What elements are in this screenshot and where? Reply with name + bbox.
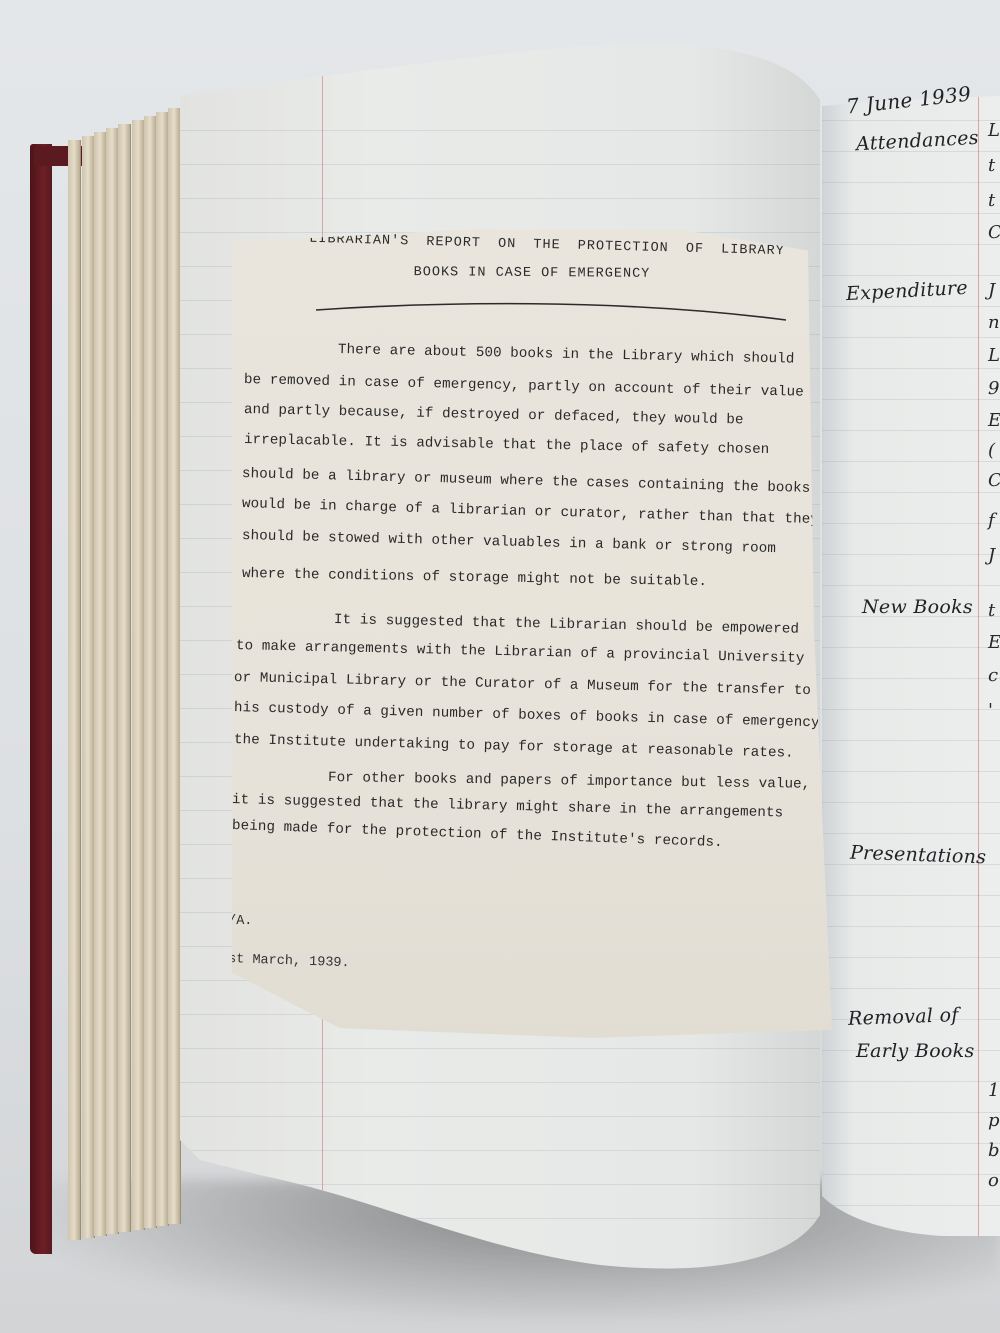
report-line: his custody of a given number of boxes o… [234, 700, 814, 731]
title-underline [316, 294, 786, 322]
edge-handwriting-fragment: C [988, 222, 1000, 243]
ruled-line [822, 1205, 1000, 1206]
ruled-line [180, 1082, 820, 1083]
page-leaf-edge [68, 140, 81, 1240]
edge-handwriting-fragment: 9 [988, 378, 999, 399]
ruled-line [822, 647, 1000, 648]
edge-handwriting-fragment: L [988, 120, 1000, 141]
photo-scene: 7 June 1939 Attendances Expenditure New … [0, 0, 1000, 1333]
margin-heading-removal-of: Removal of [848, 1004, 959, 1030]
ruled-line [822, 554, 1000, 555]
ruled-line [180, 198, 820, 199]
edge-handwriting-fragment: c [988, 665, 998, 686]
right-page [822, 96, 1000, 1236]
report-line: it is suggested that the library might s… [232, 792, 812, 822]
ruled-line [822, 802, 1000, 803]
ruled-line [180, 1116, 820, 1117]
ruled-line [822, 957, 1000, 958]
report-line: For other books and papers of importance… [328, 770, 908, 794]
ruled-line [822, 492, 1000, 493]
report-line: should be a library or museum where the … [242, 466, 822, 497]
edge-handwriting-fragment: n [988, 312, 1000, 333]
margin-line [978, 96, 979, 1236]
ruled-line [822, 833, 1000, 834]
report-title-line-2: BOOKS IN CASE OF EMERGENCY [232, 264, 832, 283]
ruled-line [822, 461, 1000, 462]
page-leaf-edge [168, 108, 181, 1224]
edge-handwriting-fragment: 1 [988, 1080, 999, 1101]
ruled-line [822, 368, 1000, 369]
edge-handwriting-fragment: ( [988, 440, 995, 461]
edge-handwriting-fragment: E [988, 632, 1000, 653]
edge-handwriting-fragment: p [988, 1110, 1000, 1131]
edge-handwriting-fragment: t [988, 155, 995, 176]
ruled-line [822, 244, 1000, 245]
report-line: be removed in case of emergency, partly … [244, 372, 824, 401]
ruled-line [822, 709, 1000, 710]
margin-heading-early-books: Early Books [856, 1040, 975, 1062]
report-line: and partly because, if destroyed or defa… [244, 402, 824, 430]
margin-heading-presentations: Presentations [850, 842, 987, 869]
ruled-line [822, 585, 1000, 586]
edge-handwriting-fragment: J [988, 545, 995, 566]
edge-handwriting-fragment: o [988, 1170, 999, 1191]
edge-handwriting-fragment: J [988, 280, 995, 301]
edge-handwriting-fragment: f [988, 510, 995, 531]
ruled-line [180, 164, 820, 165]
page-leaf-edge [118, 124, 131, 1232]
ruled-line [822, 926, 1000, 927]
report-line: would be in charge of a librarian or cur… [242, 496, 822, 528]
ruled-line [822, 988, 1000, 989]
ruled-line [822, 1112, 1000, 1113]
ruled-line [822, 337, 1000, 338]
edge-handwriting-fragment: t [988, 190, 995, 211]
ruled-line [822, 182, 1000, 183]
ruled-line [822, 771, 1000, 772]
ruled-line [822, 1143, 1000, 1144]
margin-heading-new-books: New Books [862, 596, 973, 618]
report-line: should be stowed with other valuables in… [242, 528, 822, 558]
report-line: to make arrangements with the Librarian … [236, 638, 816, 667]
edge-handwriting-fragment: ' [988, 700, 993, 721]
report-date: 1st March, 1939. [220, 952, 350, 972]
edge-handwriting-fragment: E [988, 410, 1000, 431]
ruled-line [822, 213, 1000, 214]
ruled-line [180, 1048, 820, 1049]
ruled-line [180, 130, 820, 131]
report-line: or Municipal Library or the Curator of a… [234, 670, 814, 699]
edge-handwriting-fragment: b [988, 1140, 1000, 1161]
ruled-line [822, 430, 1000, 431]
ruled-line [822, 678, 1000, 679]
ruled-line [822, 740, 1000, 741]
ruled-line [822, 895, 1000, 896]
report-line: the Institute undertaking to pay for sto… [234, 732, 814, 762]
edge-handwriting-fragment: C [988, 470, 1000, 491]
report-line: being made for the protection of the Ins… [232, 818, 812, 854]
ruled-line [822, 120, 1000, 121]
ruled-line [822, 275, 1000, 276]
report-line: where the conditions of storage might no… [242, 566, 822, 592]
pasted-report-sheet: LIBRARIAN'S REPORT ON THE PROTECTION OF … [232, 226, 832, 1038]
ruled-line [822, 1174, 1000, 1175]
report-line: irreplacable. It is advisable that the p… [244, 432, 824, 459]
edge-handwriting-fragment: L [988, 345, 1000, 366]
ruled-line [822, 523, 1000, 524]
edge-handwriting-fragment: t [988, 600, 995, 621]
ruled-line [822, 1081, 1000, 1082]
ruled-line [822, 306, 1000, 307]
ruled-line [822, 399, 1000, 400]
page-block-edges [48, 110, 188, 1240]
ruled-line [180, 1150, 820, 1151]
